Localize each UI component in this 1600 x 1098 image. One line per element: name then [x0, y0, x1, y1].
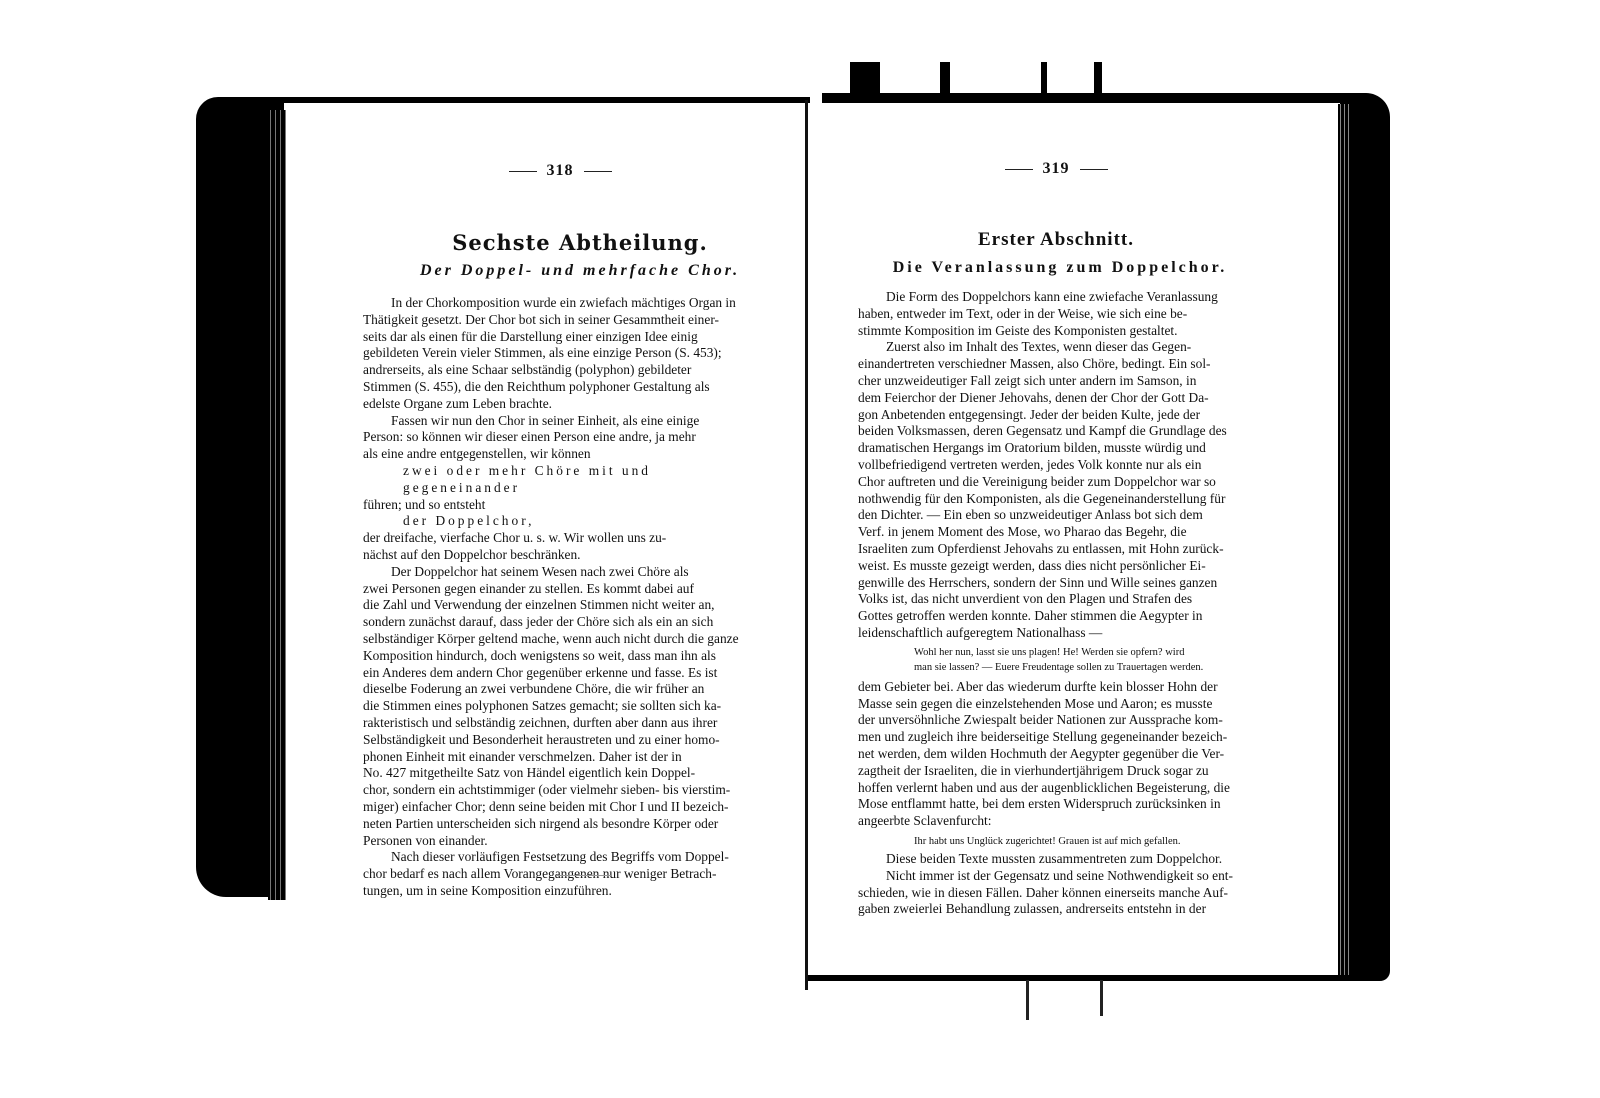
text-line: Israeliten zum Opferdienst Jehovahs zu e…	[858, 541, 1268, 558]
text-line: Verf. in jenem Moment des Mose, wo Phara…	[858, 524, 1268, 541]
section-subheading: Die Veranlassung zum Doppelchor.	[856, 259, 1264, 277]
left-page-stack	[268, 110, 286, 900]
text-line: Stimmen (S. 455), die den Reichthum poly…	[363, 379, 770, 396]
text-line: führen; und so entsteht	[363, 497, 770, 514]
text-line: Nach dieser vorläufigen Festsetzung des …	[363, 849, 770, 866]
left-body-text: In der Chorkomposition wurde ein zwiefac…	[363, 295, 770, 900]
text-line: leidenschaftlich aufgeregtem Nationalhas…	[858, 625, 1268, 642]
right-folio: 319	[976, 160, 1136, 178]
text-line: als eine andre entgegenstellen, wir könn…	[363, 446, 770, 463]
text-line: dem Feierchor der Diener Jehovahs, denen…	[858, 390, 1268, 407]
text-line: Personen von einander.	[363, 833, 770, 850]
page-tab	[1094, 62, 1102, 100]
text-line: seits dar als einen für die Darstellung …	[363, 329, 770, 346]
text-line: genwille des Herrschers, sondern der Sin…	[858, 575, 1268, 592]
text-line: der Doppelchor,	[363, 513, 770, 530]
text-line: einandertreten verschiedner Massen, also…	[858, 356, 1268, 373]
text-line: Gottes getroffen werden konnte. Daher st…	[858, 608, 1268, 625]
text-line: chor, sondern ein achtstimmiger (oder vi…	[363, 782, 770, 799]
text-line: selbständiger Körper geltend mache, wenn…	[363, 631, 770, 648]
text-line: ein Anderes dem andern Chor gegenüber er…	[363, 665, 770, 682]
quote-line: Wohl her nun, lasst sie uns plagen! He! …	[914, 645, 1268, 660]
quote-line: man sie lassen? — Euere Freudentage soll…	[914, 660, 1268, 675]
text-line: hoffen verlernt haben und aus der augenb…	[858, 780, 1268, 797]
book-gutter	[805, 100, 808, 990]
right-page-bottom-border	[808, 975, 1368, 981]
text-line: Thätigkeit gesetzt. Der Chor bot sich in…	[363, 312, 770, 329]
text-line: angeerbte Sclavenfurcht:	[858, 813, 1268, 830]
text-line: Der Doppelchor hat seinem Wesen nach zwe…	[363, 564, 770, 581]
text-line: der unversöhnliche Zwiespalt beider Nati…	[858, 712, 1268, 729]
text-line: schieden, wie in diesen Fällen. Daher kö…	[858, 885, 1268, 902]
text-line: Chor auftreten und die Vereinigung beide…	[858, 474, 1268, 491]
text-line: miger) einfacher Chor; denn seine beiden…	[363, 799, 770, 816]
text-line: den Dichter. — Ein eben so unzweideutige…	[858, 507, 1268, 524]
text-line: neten Partien unterscheiden sich nirgend…	[363, 816, 770, 833]
page-tab	[940, 62, 950, 100]
text-line: edelste Organe zum Leben brachte.	[363, 396, 770, 413]
text-line: beiden Volksmassen, deren Gegensatz und …	[858, 423, 1268, 440]
text-line: net werden, dem wilden Hochmuth der Aegy…	[858, 746, 1268, 763]
text-line: Volks ist, das nicht unverdient von den …	[858, 591, 1268, 608]
text-line: zagtheit der Israeliten, die in vierhund…	[858, 763, 1268, 780]
text-line: Die Form des Doppelchors kann eine zwief…	[858, 289, 1268, 306]
section-heading: Erster Abschnitt.	[856, 229, 1256, 251]
text-line: Zuerst also im Inhalt des Textes, wenn d…	[858, 339, 1268, 356]
page-tab	[1100, 980, 1103, 1016]
left-folio: 318	[480, 162, 640, 180]
block-quote: Ihr habt uns Unglück zugerichtet! Grauen…	[858, 834, 1268, 849]
page-number: 319	[1043, 160, 1070, 177]
text-line: cher unzweideutiger Fall zeigt sich unte…	[858, 373, 1268, 390]
text-line: dieselbe Foderung an zwei verbundene Chö…	[363, 681, 770, 698]
text-line: gon Anbetenden entgegensingt. Jeder der …	[858, 407, 1268, 424]
text-line: haben, entweder im Text, oder in der Wei…	[858, 306, 1268, 323]
text-line: vollbefriedigend vertreten werden, jedes…	[858, 457, 1268, 474]
text-line: tungen, um in seine Komposition einzufüh…	[363, 883, 770, 900]
page-tab	[1041, 62, 1047, 100]
page-tab	[850, 62, 880, 100]
text-line: Person: so können wir dieser einen Perso…	[363, 429, 770, 446]
right-page-stack	[1338, 104, 1350, 978]
end-rule	[556, 875, 612, 876]
text-line: Fassen wir nun den Chor in seiner Einhei…	[363, 413, 770, 430]
page-number: 318	[547, 162, 574, 179]
right-body-text: Die Form des Doppelchors kann eine zwief…	[858, 289, 1268, 918]
text-line: Mose entflammt hatte, bei dem ersten Wid…	[858, 796, 1268, 813]
text-line: dem Gebieter bei. Aber das wiederum durf…	[858, 679, 1268, 696]
section-subheading: Der Doppel- und mehrfache Chor.	[380, 262, 780, 280]
left-page-top-border	[280, 97, 810, 103]
text-line: Diese beiden Texte mussten zusammentrete…	[858, 851, 1268, 868]
text-line: zwei oder mehr Chöre mit und gegeneinand…	[363, 463, 770, 497]
block-quote: Wohl her nun, lasst sie uns plagen! He! …	[858, 645, 1268, 675]
text-line: sondern zunächst darauf, dass jeder der …	[363, 614, 770, 631]
text-line: nothwendig für den Komponisten, als die …	[858, 491, 1268, 508]
text-line: weist. Es musste gezeigt werden, dass di…	[858, 558, 1268, 575]
text-line: gaben zweierlei Behandlung zulassen, and…	[858, 901, 1268, 918]
text-line: Nicht immer ist der Gegensatz und seine …	[858, 868, 1268, 885]
page-tab	[1026, 980, 1029, 1020]
text-line: No. 427 mitgetheilte Satz von Händel eig…	[363, 765, 770, 782]
text-line: der dreifache, vierfache Chor u. s. w. W…	[363, 530, 770, 547]
text-line: In der Chorkomposition wurde ein zwiefac…	[363, 295, 770, 312]
quote-line: Ihr habt uns Unglück zugerichtet! Grauen…	[914, 834, 1268, 849]
text-line: die Stimmen eines polyphonen Satzes gema…	[363, 698, 770, 715]
text-line: nächst auf den Doppelchor beschränken.	[363, 547, 770, 564]
text-line: Komposition hindurch, doch wenigstens so…	[363, 648, 770, 665]
text-line: die Zahl und Verwendung der einzelnen St…	[363, 597, 770, 614]
text-line: andrerseits, als eine Schaar selbständig…	[363, 362, 770, 379]
text-line: phonen Einheit mit einander verschmelzen…	[363, 749, 770, 766]
text-line: rakteristisch und selbständig zeichnen, …	[363, 715, 770, 732]
section-heading: Sechste Abtheilung.	[380, 230, 780, 255]
text-line: gebildeten Verein vieler Stimmen, als ei…	[363, 345, 770, 362]
right-page-top-border	[822, 93, 1364, 103]
text-line: dramatischen Hergangs im Oratorium bilde…	[858, 440, 1268, 457]
text-line: stimmte Komposition im Geiste des Kompon…	[858, 323, 1268, 340]
text-line: Selbständigkeit und Besonderheit heraust…	[363, 732, 770, 749]
text-line: men und zugleich ihre beiderseitige Stel…	[858, 729, 1268, 746]
text-line: Masse sein gegen die einzelstehenden Mos…	[858, 696, 1268, 713]
text-line: zwei Personen gegen einander zu stellen.…	[363, 581, 770, 598]
